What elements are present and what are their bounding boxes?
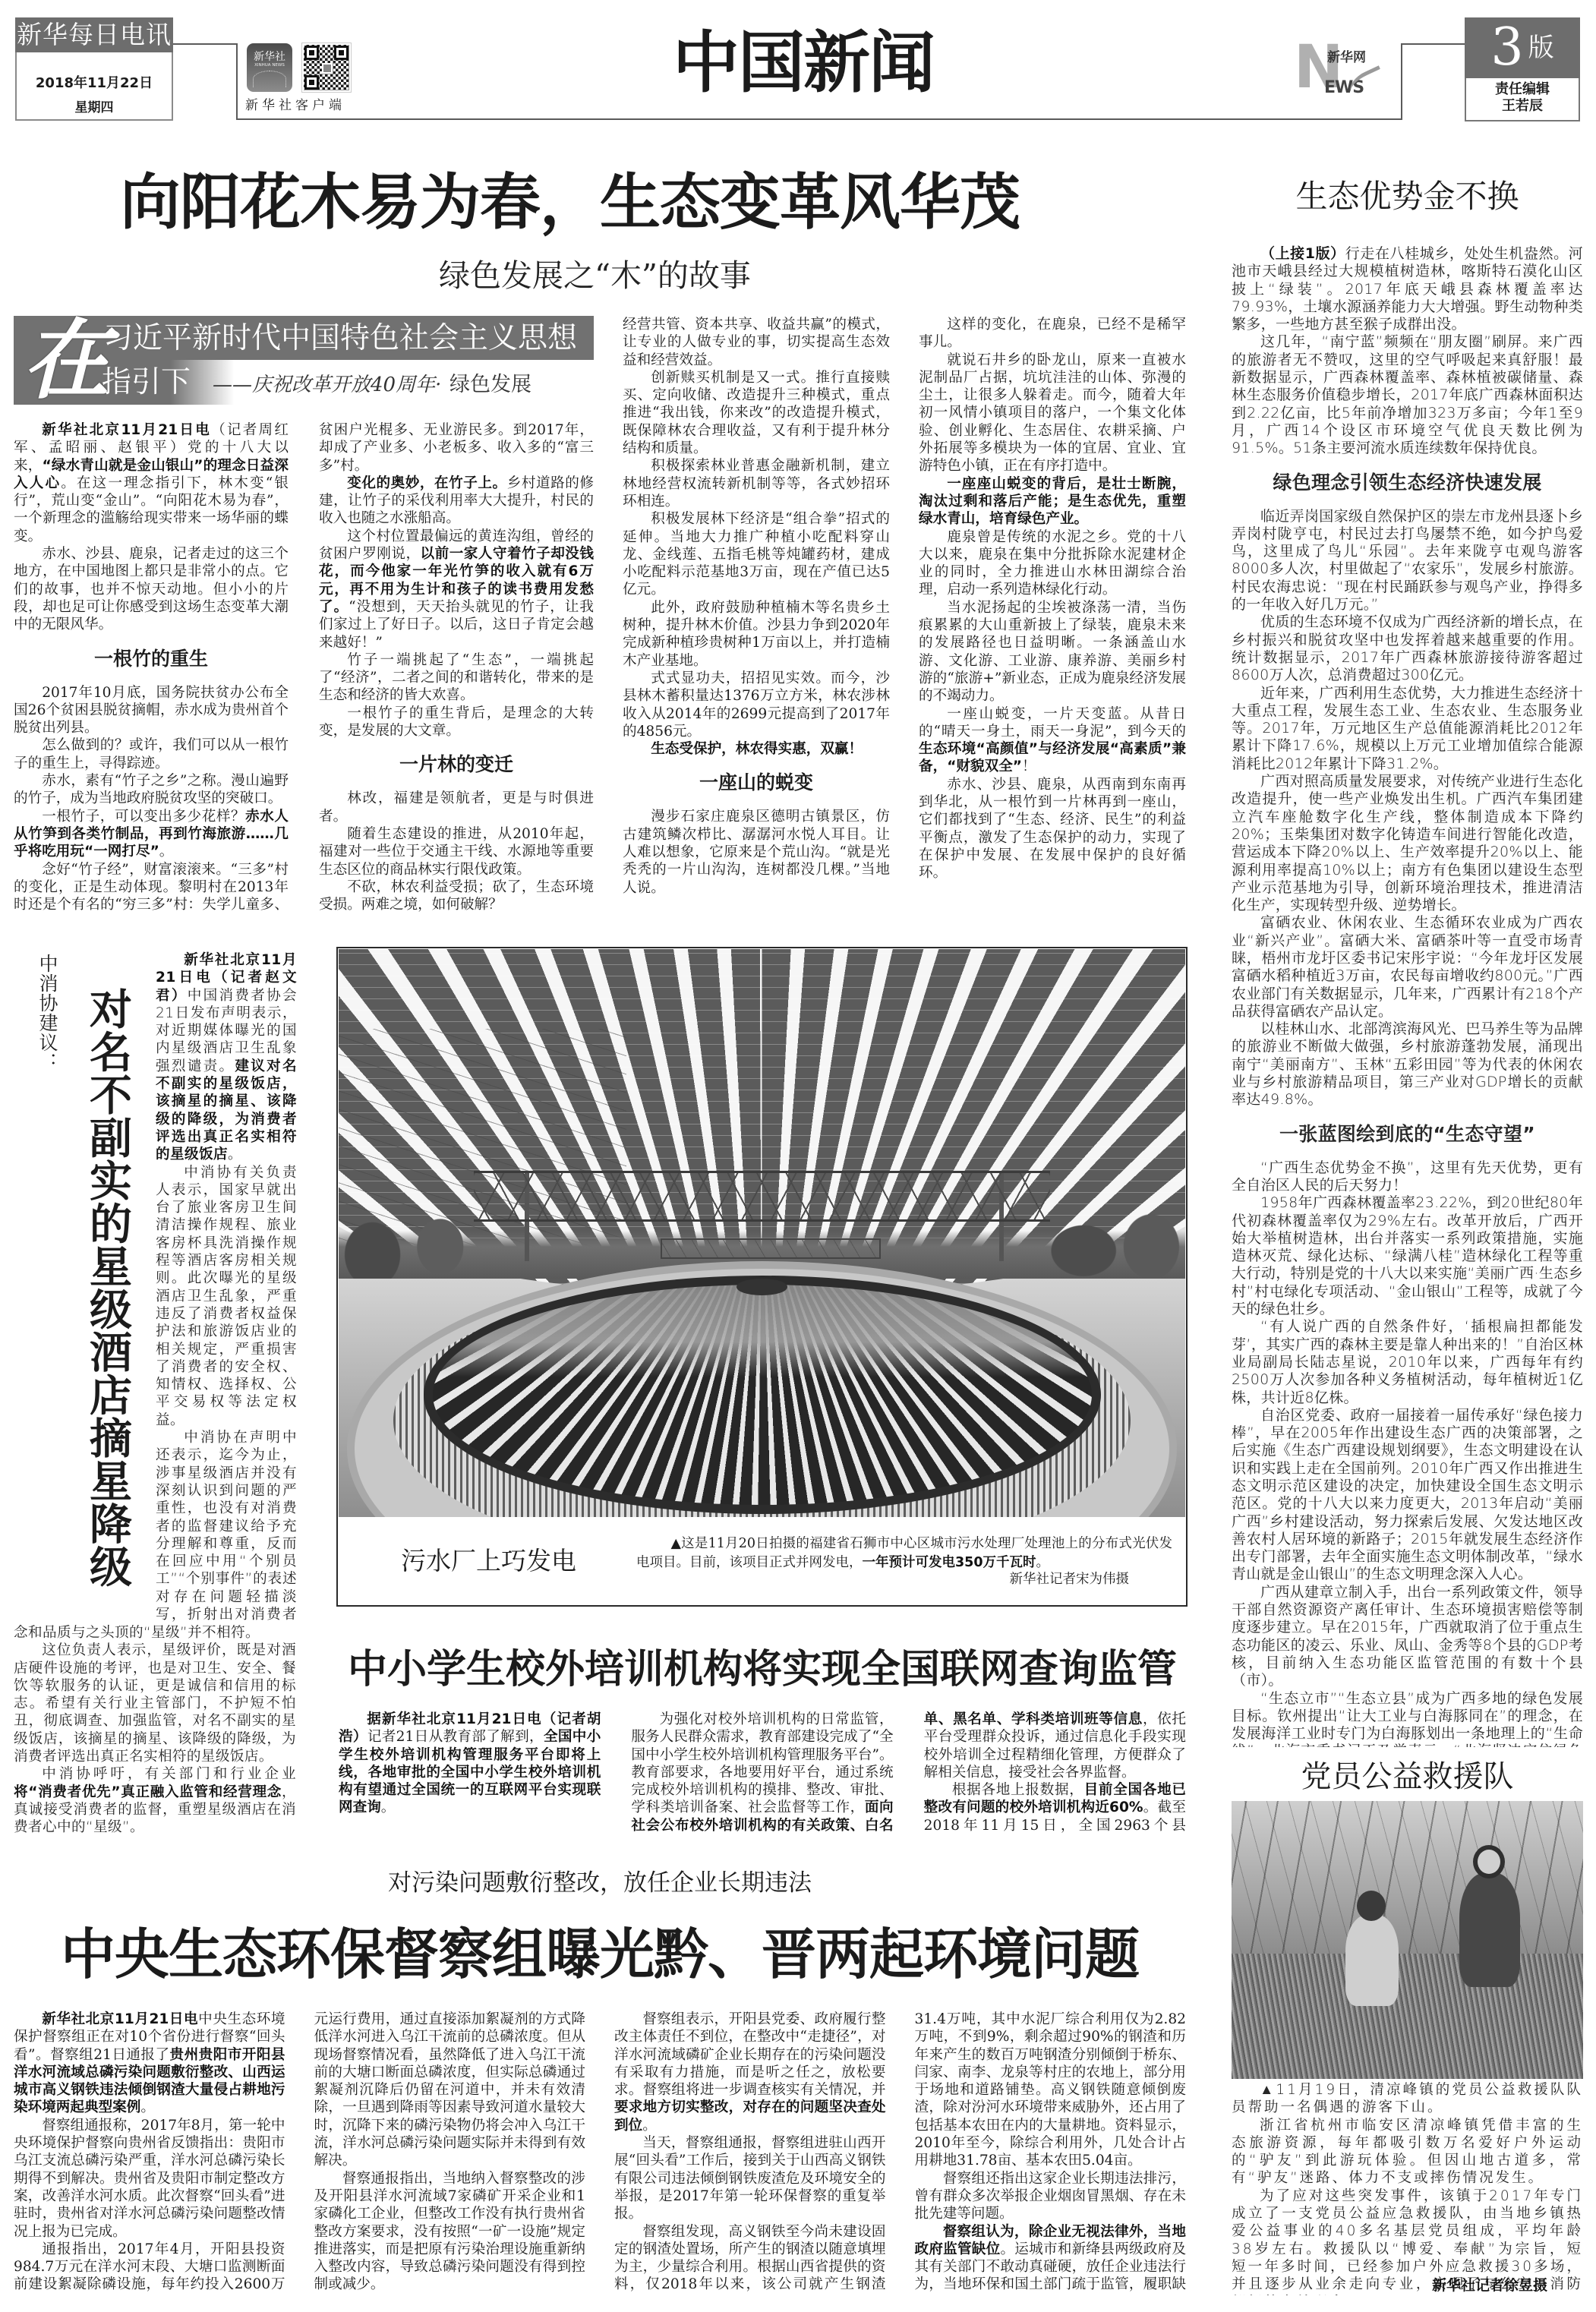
paragraph: 一根竹子的重生背后，是理念的大转变，是发展的大文章。 (319, 705, 594, 740)
text-run: 以桂林山水、北部湾滨海风光、巴马养生等为品牌的旅游业不断做大做强，乡村旅游蓬勃发… (1232, 1020, 1583, 1108)
xinhuanet-news-logo: N 新华网 EWS (1294, 42, 1385, 103)
photo-credit: 新华社记者宋为伟摄 (972, 1570, 1129, 1588)
paragraph: 积极发展林下经济是“组合拳”招式的延伸。当地大力推广种植小吃配料穿山龙、金线莲、… (623, 510, 890, 598)
paragraph: 督察通报指出，当地纳入督察整改的涉及开阳县洋水河流域7家磷矿开采企业和1家磷化工… (314, 2170, 586, 2294)
paragraph: 赤水、沙县、鹿泉，记者走过的这三个地方，在中国地图上都只是非常小的点。它们的故事… (14, 545, 289, 633)
app-icon-name: 新华社 (247, 49, 292, 64)
text-run: 自治区党委、政府一届接着一届传承好“绿色接力棒”，早在2005年作出建设生态广西… (1232, 1407, 1583, 1583)
text-run: 绿色理念引领生态经济快速发展 (1273, 472, 1541, 494)
text-run: 。 (381, 1799, 396, 1815)
qr-center-logo-icon (322, 63, 333, 74)
text-run: “广西生态优势金不换”，这里有先天优势，更有全自治区人民的后天努力！ (1232, 1159, 1583, 1194)
paragraph: “广西生态优势金不换”，这里有先天优势，更有全自治区人民的后天努力！ (1232, 1159, 1583, 1195)
text-run: 中消协呼吁，有关部门和行业企业 (42, 1766, 296, 1782)
qr-finder-icon (334, 46, 349, 60)
paragraph: 一座座山蜕变的背后，是壮士断腕，淘汰过剩和落后产能；是生态优先，重塑绿水青山，培… (919, 475, 1186, 528)
section-heading: 一片林的变迁 (319, 740, 594, 790)
editor-box: 责任编辑 王若辰 (1465, 78, 1580, 121)
text-run: 。 (228, 1147, 242, 1162)
text-run: ▲11月19日，清凉峰镇的党员公益救援队队员帮助一名偶遇的游客下山。 (1232, 2082, 1583, 2115)
steel-truss-graphic (474, 1171, 1049, 1222)
text-run: 浙江省杭州市临安区清凉峰镇凭借丰富的生态旅游资源，每年都吸引数万名爱好户外运动的… (1232, 2118, 1583, 2187)
bold-text: 新华社北京11月21日电 (42, 422, 211, 438)
text-run: 积极发展林下经济是“组合拳”招式的延伸。当地大力推广种植小吃配料穿山龙、金线莲、… (623, 511, 890, 598)
text-run: 根据各地上报数据， (952, 1782, 1084, 1798)
paragraph: 新华社北京11月21日电中央生态环境保护督察组正在对10个省份进行督察“回头看”… (14, 2011, 285, 2117)
training-story-headline: 中小学生校外培训机构将实现全国联网查询监管 (339, 1646, 1186, 1693)
text-run: 中消协在声明中还表示，迄今为止，涉事星级酒店并没有深刻认识到问题的严重性，也没有… (156, 1430, 297, 1624)
paragraph: （上接1版）行走在八桂城乡，处处生机盎然。河池市天峨县经过大规模植树造林，喀斯特… (1232, 245, 1583, 333)
paragraph: 这位负责人表示，星级评价，既是对酒店硬件设施的考评，也是对卫生、安全、餐饮等软服… (14, 1642, 296, 1765)
text-run: 积极探索林业普惠金融新机制，建立林地经营权流转新机制等等，各式妙招环环相连。 (623, 458, 890, 509)
bold-text: 变化的奥妙，在竹子上。 (347, 475, 507, 491)
paragraph: 怎么做到的？或许，我们可以从一根竹子的重生上，寻得踪迹。 (14, 736, 289, 772)
header-rule (236, 118, 1402, 120)
text-run: 。 (1036, 1555, 1050, 1570)
text-run: 当天，督察组通报，督察组进驻山西开展“回头看”工作后，接到关于山西高义钢铁有限公… (614, 2135, 886, 2222)
lead-story-columns-left: 新华社北京11月21日电（记者周红军、孟昭丽、赵银平）党的十八大以来，“绿水青山… (14, 421, 594, 917)
inspection-story-headline: 中央生态环保督察组曝光黔、晋两起环境问题 (14, 1922, 1186, 1986)
paragraph: 近年来，广西利用生态优势，大力推进生态经济十大重点工程，发展生态工业、生态农业、… (1232, 685, 1583, 773)
paragraph: 式式显功夫，招招见实效。而今，沙县林木蓄积量达1376万立方米，林农涉林收入从2… (623, 670, 890, 740)
app-caption: 新华社客户端 (245, 94, 345, 113)
qr-finder-icon (304, 46, 319, 60)
paragraph: 漫步石家庄鹿泉区德明古镇景区，仿古建筑鳞次栉比、潺潺河水悦人耳目。让人难以想象，… (623, 808, 890, 896)
photo-caption: ▲这是11月20日拍摄的福建省石狮市中心区城市污水处理厂处理池上的分布式光伏发电… (636, 1534, 1172, 1572)
qr-finder-icon (304, 75, 319, 90)
rescue-photo-credit: 新华社记者徐昱摄 (1432, 2276, 1547, 2295)
paragraph: 新华社北京11月21日电（记者周红军、孟昭丽、赵银平）党的十八大以来，“绿水青山… (14, 421, 289, 545)
text-run: 一根竹子的重生背后，是理念的大转变，是发展的大文章。 (319, 705, 594, 739)
bold-text: 新华社北京11月21日电 (42, 2011, 198, 2027)
issue-date: 2018年11月22日 (17, 72, 172, 92)
lead-subheadline: 绿色发展之“木”的故事 (439, 257, 751, 295)
guangxi-story-title: 生态优势金不换 (1232, 178, 1583, 216)
text-run: 督察组还指出这家企业长期违法排污，曾有群众多次举报企业烟囱冒黑烟、存在未批先建等… (915, 2171, 1187, 2222)
paragraph: 赤水，素有“竹子之乡”之称。漫山遍野的竹子，成为当地政府脱贫攻坚的突破口。 (14, 772, 289, 808)
logo-chinese: 新华网 (1327, 46, 1366, 65)
paragraph: 当水泥扬起的尘埃被涤荡一清，当伤痕累累的大山重新披上了绿装，鹿泉未来的发展路径也… (919, 599, 1186, 705)
text-run: 就说石井乡的卧龙山，原来一直被水泥制品厂占据，坑坑洼洼的山体、弥漫的尘土，让很多… (919, 352, 1186, 475)
qr-code-icon (302, 43, 351, 92)
section-heading: 一张蓝图绘到底的“生态守望” (1232, 1109, 1583, 1159)
issue-weekday: 星期四 (17, 96, 172, 115)
text-run: 经营共管、资本共享、收益共赢”的模式，让专业的人做专业的事，切实提高生态效益和经… (623, 317, 890, 368)
paragraph: 这样的变化，在鹿泉，已经不是稀罕事儿。 (919, 316, 1186, 352)
section-heading: 绿色理念引领生态经济快速发展 (1232, 458, 1583, 508)
text-run: 不砍，林农利益受损；砍了，生态环境受损。两难之境，如何破解？ (319, 879, 594, 913)
paragraph: 不砍，林农利益受损；砍了，生态环境受损。两难之境，如何破解？ (319, 878, 594, 914)
paragraph: 广西从建章立制入手，出台一系列政策文件，领导干部自然资源资产离任审计、生态环境损… (1232, 1584, 1583, 1690)
tank-water-reflection-graphic (424, 1276, 1101, 1514)
hotel-story-headline: 对名不副实的星级酒店摘星降级 (85, 987, 129, 1588)
paragraph: 积极探索林业普惠金融新机制，建立林地经营权流转新机制等等，各式妙招环环相连。 (623, 457, 890, 510)
paper-name: 新华每日电讯 (17, 20, 172, 49)
text-run: 一座山蜕变，一片天变蓝。从昔日的“晴天一身土，雨天一身泥”，到今天的 (919, 706, 1186, 740)
banner-topic: 绿色发展 (449, 372, 531, 398)
app-icon-en: XINHUA NEWS (247, 63, 292, 68)
lead-headline: 向阳花木易为春，生态变革风华茂 (120, 169, 1020, 237)
text-run: 这位负责人表示，星级评价，既是对酒店硬件设施的考评，也是对卫生、安全、餐饮等软服… (14, 1642, 296, 1765)
header-bracket-left (236, 43, 238, 120)
lead-story-columns-right: 经营共管、资本共享、收益共赢”的模式，让专业的人做专业的事，切实提高生态效益和经… (623, 316, 1186, 917)
paragraph: 中消协在声明中还表示，迄今为止，涉事星级酒店并没有深刻认识到问题的严重性，也没有… (156, 1429, 297, 1624)
hotel-story-narrow-column: 新华社北京11月21日电（记者赵文君）中国消费者协会21日发布声明表示，对近期媒… (156, 951, 297, 1624)
header-bracket-right (1401, 43, 1402, 120)
rescue-photo-caption: ▲11月19日，清凉峰镇的党员公益救援队队员帮助一名偶遇的游客下山。浙江省杭州市… (1232, 2081, 1583, 2295)
header-connector-left (173, 43, 238, 45)
paragraph: 鹿泉曾是传统的水泥之乡。党的十八大以来，鹿泉在集中分批拆除水泥建材企业的同时，全… (919, 528, 1186, 599)
text-run: 督察组表示，开阳县党委、政府履行整改主体责任不到位，在整改中“走捷径”，对洋水河… (614, 2011, 886, 2098)
text-run: 林改，福建是领航者，更是与时俱进者。 (319, 790, 594, 824)
paragraph: 自治区党委、政府一届接着一届传承好“绿色接力棒”，早在2005年作出建设生态广西… (1232, 1407, 1583, 1584)
paragraph: 创新赎买机制是又一式。推行直接赎买、定向收储、改造提升三种模式，重点推进“我出钱… (623, 369, 890, 457)
walkway-bridge-graphic (661, 1238, 881, 1258)
text-run: 念和品质与之头顶的“星级”并不相符。 (14, 1625, 260, 1641)
paragraph: 当天，督察组通报，督察组进驻山西开展“回头看”工作后，接到关于山西高义钢铁有限公… (614, 2134, 886, 2222)
bold-text: 生态受保护，林农得实惠，双赢！ (651, 741, 863, 757)
paragraph: 优质的生态环境不仅成为广西经济新的增长点，在乡村振兴和脱贫攻坚中也发挥着越来越重… (1232, 613, 1583, 684)
text-run: 1958年广西森林覆盖率23.22%，到20世纪80年代初森林覆盖率仅为29%左… (1232, 1194, 1583, 1317)
text-run: 广西从建章立制入手，出台一系列政策文件，领导干部自然资源资产离任审计、生态环境损… (1232, 1584, 1583, 1689)
training-story-body: 据新华社北京11月21日电（记者胡浩）记者21日从教育部了解到，全国中小学生校外… (339, 1711, 1186, 1837)
text-run: 2017年10月底，国务院扶贫办公布全国26个贫困县脱贫摘帽，赤水成为贵州首个脱… (14, 685, 289, 736)
text-run: 督察组通报称，2017年8月，第一轮中央环境保护督察向贵州省反馈指出：贵阳市乌江… (14, 2118, 285, 2240)
rescue-photo-title: 党员公益救援队 (1232, 1758, 1583, 1795)
bold-text: 一年预计可发电350万千瓦时 (863, 1555, 1036, 1570)
text-run: “生态立市”“生态立县”成为广西多地的绿色发展目标。钦州提出“让大工业与白海豚同… (1232, 1690, 1583, 1747)
paragraph: 就说石井乡的卧龙山，原来一直被水泥制品厂占据，坑坑洼洼的山体、弥漫的尘土，让很多… (919, 352, 1186, 475)
xinhua-app-icon: 新华社 XINHUA NEWS (247, 43, 292, 92)
paragraph: 2017年10月底，国务院扶贫办公布全国26个贫困县脱贫摘帽，赤水成为贵州首个脱… (14, 684, 289, 737)
paragraph: 广西对照高质量发展要求，对传统产业进行生态化改造提升，使一些产业焕发出生机。广西… (1232, 773, 1583, 914)
paragraph: 一座山蜕变，一片天变蓝。从昔日的“晴天一身土，雨天一身泥”，到今天的生态环境“高… (919, 705, 1186, 776)
text-run: 式式显功夫，招招见实效。而今，沙县林木蓄积量达1376万立方米，林农涉林收入从2… (623, 670, 890, 740)
paragraph: 1958年广西森林覆盖率23.22%，到20世纪80年代初森林覆盖率仅为29%左… (1232, 1194, 1583, 1318)
rescuer-head-graphic (1473, 1845, 1505, 1878)
paragraph: 富硒农业、休闲农业、生态循环农业成为广西农业“新兴产业”。富硒大米、富硒茶叶等一… (1232, 914, 1583, 1020)
text-run: 一根竹的重生 (94, 648, 208, 670)
paragraph: 中消协有关负责人表示，国家早就出台了旅业客房卫生间清洁操作规程、旅业客房杯具洗消… (156, 1164, 297, 1429)
paragraph: 赤水、沙县、鹿泉，从西南到东南再到华北，从一根竹到一片林再到一座山，它们都找到了… (919, 776, 1186, 882)
photo-title: 污水厂上巧发电 (401, 1546, 576, 1576)
text-run: 督察通报指出，当地纳入督察整改的涉及开阳县洋水河流域7家磷矿开采企业和1家磷化工… (314, 2171, 586, 2293)
editor-label: 责任编辑 (1466, 81, 1579, 98)
text-run: 。 (642, 2118, 657, 2134)
paragraph: 临近弄岗国家级自然保护区的崇左市龙州县逐卜乡弄岗村陇亨屯，村民过去打鸟屡禁不绝，… (1232, 508, 1583, 614)
text-run: 怎么做到的？或许，我们可以从一根竹子的重生上，寻得踪迹。 (14, 737, 289, 771)
grass-graphic (1232, 1954, 1583, 2079)
text-run: 一座山的蜕变 (699, 771, 813, 793)
tank-center-hub-graphic (736, 1279, 787, 1295)
paragraph: 变化的奥妙，在竹子上。乡村道路的修建，让竹子的采伐利用率大大提升，村民的收入也随… (319, 475, 594, 528)
paragraph: 这个村位置最偏远的黄连沟组，曾经的贫困户罗刚说，以前一家人守着竹子却没钱花，而今… (319, 528, 594, 651)
text-run: 此外，政府鼓励种植楠木等名贵乡土树种，提升林木价值。沙县力争到2020年完成新种… (623, 600, 890, 669)
paragraph: “有人说广西的自然条件好，‘插根扁担都能发芽’，其实广西的森林主要是靠人种出来的… (1232, 1318, 1583, 1406)
paragraph: 浙江省杭州市临安区清凉峰镇凭借丰富的生态旅游资源，每年都吸引数万名爱好户外运动的… (1232, 2117, 1583, 2187)
text-run: 富硒农业、休闲农业、生态循环农业成为广西农业“新兴产业”。富硒大米、富硒茶叶等一… (1232, 914, 1583, 1019)
network-graphic-icon (253, 71, 286, 87)
bold-text: 生态环境“高颜值”与经济发展“高素质”兼备，“财貌双全” (919, 741, 1186, 774)
text-run: 一片林的变迁 (399, 753, 513, 775)
inspection-story-kicker: 对污染问题敷衍整改，放任企业长期违法 (0, 1868, 1200, 1898)
hiker-figure-graphic (1345, 1915, 1399, 2006)
paragraph-continued: 念和品质与之头顶的“星级”并不相符。 (14, 1624, 296, 1642)
paragraph: 生态受保护，林农得实惠，双赢！ (623, 740, 890, 758)
editor-name: 王若辰 (1466, 98, 1579, 115)
text-run: 赤水、沙县、鹿泉，记者走过的这三个地方，在中国地图上都只是非常小的点。它们的故事… (14, 546, 289, 632)
text-run: 当水泥扬起的尘埃被涤荡一清，当伤痕累累的大山重新披上了绿装，鹿泉未来的发展路径也… (919, 600, 1186, 704)
banner-series: ——庆祝改革开放40周年· (213, 372, 441, 398)
text-run: 临近弄岗国家级自然保护区的崇左市龙州县逐卜乡弄岗村陇亨屯，村民过去打鸟屡禁不绝，… (1232, 508, 1583, 613)
paragraph: “生态立市”“生态立县”成为广西多地的绿色发展目标。钦州提出“让大工业与白海豚同… (1232, 1690, 1583, 1747)
paragraph: 新华社北京11月21日电（记者赵文君）中国消费者协会21日发布声明表示，对近期媒… (156, 951, 297, 1164)
page-number-box: 3版 (1465, 17, 1580, 78)
text-run: 赤水、沙县、鹿泉，从西南到东南再到华北，从一根竹到一片林再到一座山，它们都找到了… (919, 777, 1186, 881)
bold-text: 一座座山蜕变的背后，是壮士断腕，淘汰过剩和落后产能；是生态优先，重塑绿水青山，培… (919, 476, 1186, 528)
text-run: “没想到，天天抬头就见的竹子，让我们家过上了好日子。以后，这日子肯定会越来越好！… (319, 599, 594, 651)
paragraph: 以桂林山水、北部湾滨海风光、巴马养生等为品牌的旅游业不断做大做强，乡村旅游蓬勃发… (1232, 1020, 1583, 1109)
paragraph: 中消协呼吁，有关部门和行业企业将“消费者优先”真正融入监管和经营理念，真诚接受消… (14, 1765, 296, 1836)
text-run: 记者21日从教育部了解到， (367, 1729, 544, 1745)
rescuer-figure-graphic (1459, 1873, 1520, 1987)
text-run: 一根竹子，可以变出多少花样？ (42, 809, 245, 825)
text-run: 优质的生态环境不仅成为广西经济新的增长点，在乡村振兴和脱贫攻坚中也发挥着越来越重… (1232, 613, 1583, 683)
paragraph: 一根竹子，可以变出多少花样？赤水人从竹笋到各类竹制品，再到竹海旅游……几乎将吃用… (14, 808, 289, 861)
section-title: 中国新闻 (673, 26, 934, 99)
page-unit: 版 (1528, 33, 1554, 63)
page-number: 3 (1490, 17, 1523, 77)
text-run: 中消协有关负责人表示，国家早就出台了旅业客房卫生间清洁操作规程、旅业客房杯具洗消… (156, 1165, 297, 1428)
section-heading: 一根竹的重生 (14, 634, 289, 684)
paragraph: ▲这是11月20日拍摄的福建省石狮市中心区城市污水处理厂处理池上的分布式光伏发电… (636, 1534, 1172, 1572)
bold-text: 将“消费者优先”真正融入监管和经营理念 (14, 1784, 282, 1800)
text-run: 这样的变化，在鹿泉，已经不是稀罕事儿。 (919, 317, 1186, 350)
paragraph: 竹子一端挑起了“生态”，一端挑起了“经济”，二者之间的和谐转化，带来的是生态和经… (319, 651, 594, 705)
hiker-head-graphic (1357, 1891, 1386, 1921)
series-banner: 在 习近平新时代中国特色社会主义思想 指引下 ——庆祝改革开放40周年· 绿色发… (14, 316, 594, 405)
paragraph: 督察组通报称，2017年8月，第一轮中央环境保护督察向贵州省反馈指出：贵阳市乌江… (14, 2117, 285, 2241)
text-run: 漫步石家庄鹿泉区德明古镇景区，仿古建筑鳞次栉比、潺潺河水悦人耳目。让人难以想象，… (623, 809, 890, 895)
paper-name-banner: 新华每日电讯 (15, 17, 173, 52)
bold-text: （上接1版） (1260, 245, 1345, 262)
header-connector-right (1401, 43, 1465, 45)
text-run: 创新赎买机制是又一式。推行直接赎买、定向收储、改造提升三种模式，重点推进“我出钱… (623, 370, 890, 456)
paragraph: 据新华社北京11月21日电（记者胡浩）记者21日从教育部了解到，全国中小学生校外… (339, 1711, 601, 1817)
text-run: ！ (1022, 759, 1036, 774)
hotel-story-kicker: 中消协建议： (36, 954, 58, 1072)
text-run: 为强化对校外培训机构的日常监管，服务人民群众需求，教育部建设完成了“全国中小学生… (631, 1711, 893, 1815)
banner-line-1: 习近平新时代中国特色社会主义思想 (103, 323, 577, 355)
text-run: 这几年，“南宁蓝”频频在“朋友圈”刷屏。来广西的旅游者无不赞叹，这里的空气呼吸起… (1232, 333, 1583, 456)
paragraph: ▲11月19日，清凉峰镇的党员公益救援队队员帮助一名偶遇的游客下山。 (1232, 2081, 1583, 2117)
paragraph: 此外，政府鼓励种植楠木等名贵乡土树种，提升林木价值。沙县力争到2020年完成新种… (623, 599, 890, 670)
banner-line-2: 指引下 (102, 366, 191, 399)
text-run: 。 (159, 844, 174, 860)
paragraph: 督察组表示，开阳县党委、政府履行整改主体责任不到位，在整改中“走捷径”，对洋水河… (614, 2011, 886, 2134)
hotel-story-wide-column: 念和品质与之头顶的“星级”并不相符。这位负责人表示，星级评价，既是对酒店硬件设施… (14, 1624, 296, 1838)
paragraph: 随着生态建设的推进，从2010年起，福建对一些位于交通主干线、水源地等重要生态区… (319, 825, 594, 878)
swoosh-icon (1345, 65, 1387, 100)
section-heading: 一座山的蜕变 (623, 758, 890, 808)
rescue-team-photo (1232, 1801, 1583, 2079)
text-run: 近年来，广西利用生态优势，大力推进生态经济十大重点工程，发展生态工业、生态农业、… (1232, 685, 1583, 772)
text-run: 。 (140, 2099, 155, 2115)
text-run: 广西对照高质量发展要求，对传统产业进行生态化改造提升，使一些产业焕发出生机。广西… (1232, 773, 1583, 913)
text-run: 随着生态建设的推进，从2010年起，福建对一些位于交通主干线、水源地等重要生态区… (319, 826, 594, 878)
text-run: 鹿泉曾是传统的水泥之乡。党的十八大以来，鹿泉在集中分批拆除水泥建材企业的同时，全… (919, 529, 1186, 598)
guangxi-story-body: （上接1版）行走在八桂城乡，处处生机盎然。河池市天峨县经过大规模植树造林，喀斯特… (1232, 245, 1583, 1747)
text-run: 赤水，素有“竹子之乡”之称。漫山遍野的竹子，成为当地政府脱贫攻坚的突破口。 (14, 773, 289, 806)
banner-initial-character: 在 (23, 314, 109, 405)
paragraph: 督察组还指出这家企业长期违法排污，曾有群众多次举报企业烟囱冒黑烟、存在未批先建等… (915, 2170, 1187, 2223)
paragraph-continued: 经营共管、资本共享、收益共赢”的模式，让专业的人做专业的事，切实提高生态效益和经… (623, 316, 890, 369)
paragraph: 林改，福建是领航者，更是与时俱进者。 (319, 790, 594, 825)
inspection-story-body: 新华社北京11月21日电中央生态环境保护督察组正在对10个省份进行督察“回头看”… (14, 2011, 1186, 2296)
paragraph: 这几年，“南宁蓝”频频在“朋友圈”刷屏。来广西的旅游者无不赞叹，这里的空气呼吸起… (1232, 333, 1583, 457)
solar-plant-photo (339, 949, 1185, 1517)
date-box: 2018年11月22日 星期四 (15, 52, 173, 121)
text-run: 一张蓝图绘到底的“生态守望” (1279, 1123, 1535, 1145)
text-run: “有人说广西的自然条件好，‘插根扁担都能发芽’，其实广西的森林主要是靠人种出来的… (1232, 1318, 1583, 1405)
text-run: 竹子一端挑起了“生态”，一端挑起了“经济”，二者之间的和谐转化，带来的是生态和经… (319, 652, 594, 704)
